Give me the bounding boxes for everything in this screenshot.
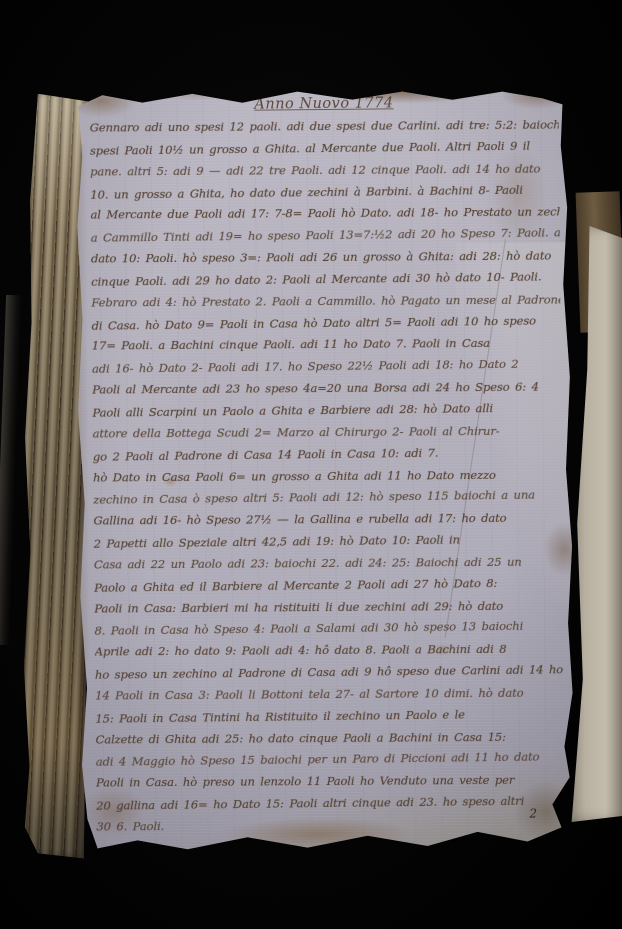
manuscript-page: Anno Nuovo 1774 Gennaro adi uno spesi 12… — [72, 84, 577, 857]
manuscript-line: 30 6. Paoli. — [96, 813, 565, 838]
underlying-page-light — [566, 226, 622, 822]
manuscript-text: Anno Nuovo 1774 Gennaro adi uno spesi 12… — [89, 91, 565, 848]
lower-page-sliver — [0, 295, 22, 645]
page-number: 2 — [529, 807, 537, 821]
photo-backdrop: Anno Nuovo 1774 Gennaro adi uno spesi 12… — [0, 0, 622, 929]
manuscript-lines: Gennaro adi uno spesi 12 paoli. adi due … — [90, 114, 566, 839]
